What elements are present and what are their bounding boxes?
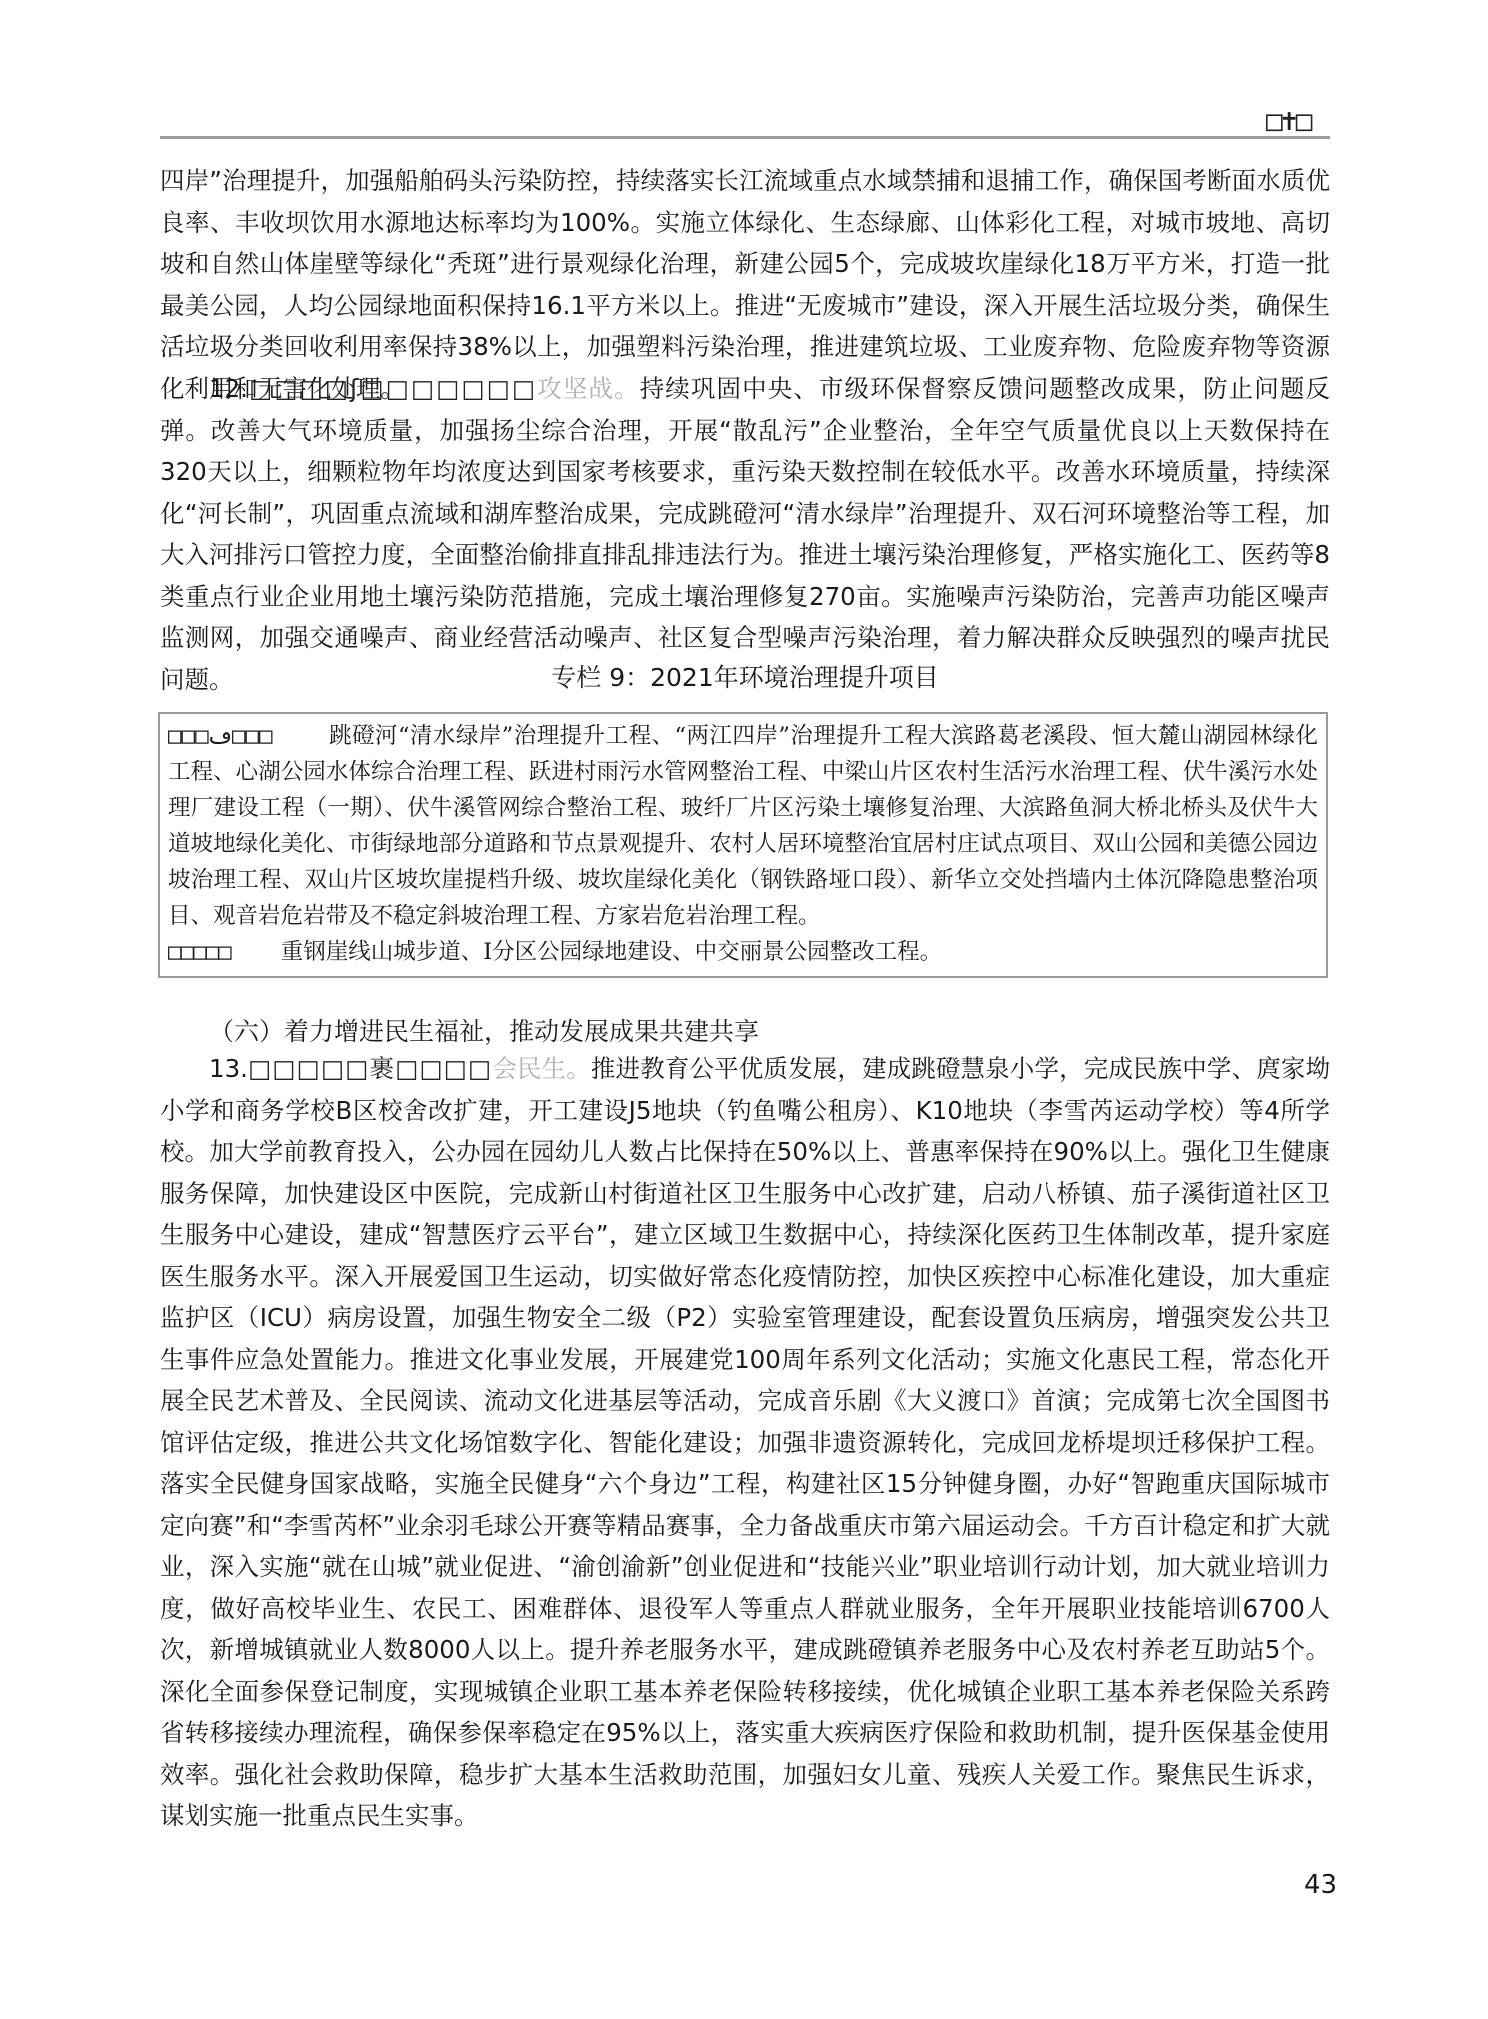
header-divider [160,136,1330,139]
box-row-2-text: 重钢崖线山城步道、I分区公园绿地建设、中交丽景公园整改工程。 [281,939,942,965]
item-13-number: 13. [209,1054,248,1083]
box-row-2-label: □□□□□ [168,934,231,970]
item-13-paragraph: 13.□□□□□裹□□□□会民生。推进教育公平优质发展，建成跳磴慧泉小学，完成民… [160,1048,1330,1837]
box-row-1-text: 跳磴河“清水绿岸”治理提升工程、“两江四岸”治理提升工程大滨路葛老溪段、恒大麓山… [168,723,1318,929]
item-12-heading: □□□□ʃ□□□□□□□ [248,374,537,403]
section-heading-6: （六）着力增进民生福祉，推动发展成果共建共享 [209,1012,759,1048]
box-row-1-label: □□□ڡ□□□ [168,718,273,754]
box-row-2: □□□□□重钢崖线山城步道、I分区公园绿地建设、中交丽景公园整改工程。 [168,934,1318,970]
item-13-text: 推进教育公平优质发展，建成跳磴慧泉小学，完成民族中学、庹家坳小学和商务学校B区校… [160,1054,1330,1830]
project-box: □□□ڡ□□□跳磴河“清水绿岸”治理提升工程、“两江四岸”治理提升工程大滨路葛老… [158,712,1328,978]
item-12-number: 12. [209,374,248,403]
box-title: 专栏 9：2021年环境治理提升项目 [160,658,1330,694]
box-row-1: □□□ڡ□□□跳磴河“清水绿岸”治理提升工程、“两江四岸”治理提升工程大滨路葛老… [168,718,1318,934]
item-13-heading: □□□□□裹□□□□ [248,1054,492,1083]
page-number: 43 [1304,1870,1337,1900]
item-12-text: 持续巩固中央、市级环保督察反馈问题整改成果，防止问题反弹。改善大气环境质量，加强… [160,374,1330,694]
running-header-glyph: □✝□ [1266,104,1311,137]
item-12-paragraph: 12.□□□□ʃ□□□□□□□攻坚战。持续巩固中央、市级环保督察反馈问题整改成果… [160,368,1330,700]
item-12-heading-ghost: 攻坚战。 [537,374,639,403]
item-13-heading-ghost: 会民生。 [492,1054,591,1083]
